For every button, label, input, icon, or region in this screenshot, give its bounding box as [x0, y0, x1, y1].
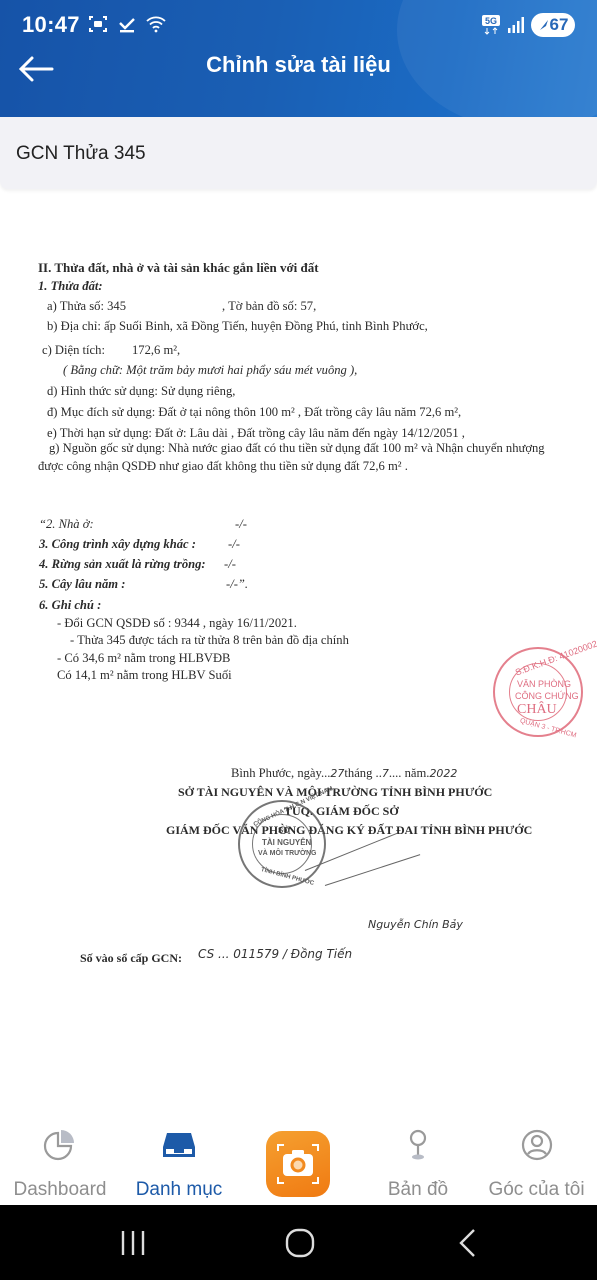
area-label: c) Diện tích:	[42, 343, 105, 358]
official-seal: CỘNG HÒA X.H.C.N VIỆT NAM SỞ TÀI NGUYÊN …	[238, 800, 326, 888]
bottom-navigation: Dashboard Danh mục Bản đồ Góc của	[0, 1105, 597, 1205]
section-title: II. Thửa đất, nhà ở và tài sản khác gắn …	[38, 260, 319, 276]
note-4: Có 14,1 m² nằm trong HLBV Suối	[57, 668, 232, 683]
nav-goc-cua-toi[interactable]: Góc của tôi	[476, 1105, 597, 1205]
wifi-icon	[146, 14, 166, 34]
usage-purpose: đ) Mục đích sử dụng: Đất ở tại nông thôn…	[47, 405, 461, 420]
house-value: -/-	[235, 517, 247, 532]
other-construction-label: 3. Công trình xây dựng khác :	[39, 537, 196, 552]
note-3: - Có 34,6 m² nằm trong HLBVĐB	[57, 651, 230, 666]
issuing-authority: SỞ TÀI NGUYÊN VÀ MÔI TRƯỜNG TỈNH BÌNH PH…	[178, 785, 492, 800]
signal-icon	[507, 16, 525, 34]
house-label: “2. Nhà ở:	[39, 517, 94, 532]
forest-label: 4. Rừng sản xuất là rừng trồng:	[39, 557, 206, 572]
perennial-label: 5. Cây lâu năm :	[39, 577, 125, 592]
nav-ban-do[interactable]: Bản đồ	[370, 1105, 466, 1205]
note-1: - Đổi GCN QSDĐ số : 9344 , ngày 16/11/20…	[57, 616, 297, 631]
signer-name: Nguyễn Chín Bảy	[368, 918, 463, 931]
page-title: Chỉnh sửa tài liệu	[0, 52, 597, 78]
pie-chart-icon	[42, 1127, 78, 1163]
user-circle-icon	[519, 1127, 555, 1163]
register-value: CS ... 011579 / Đồng Tiến	[198, 947, 352, 961]
map-pin-icon	[400, 1127, 436, 1163]
inbox-tray-icon	[161, 1127, 197, 1163]
5g-network-icon: 5G	[481, 14, 501, 36]
recent-apps-icon[interactable]	[113, 1225, 153, 1261]
subsection-land: 1. Thửa đất:	[38, 279, 103, 294]
battery-saver-icon	[538, 18, 550, 32]
nav-danh-muc[interactable]: Danh mục	[120, 1105, 238, 1205]
status-bar: 10:47 5G	[0, 8, 597, 44]
parcel-number: a) Thửa số: 345	[47, 299, 126, 314]
system-navigation-bar	[0, 1205, 597, 1280]
camera-scan-icon	[266, 1131, 330, 1197]
forest-value: -/-	[224, 557, 236, 572]
scanned-document-image: II. Thửa đất, nhà ở và tài sản khác gắn …	[0, 195, 597, 1105]
address: b) Địa chỉ: ấp Suối Binh, xã Đồng Tiến, …	[47, 319, 428, 334]
usage-origin-2: được công nhận QSDĐ như giao đất không t…	[38, 459, 408, 474]
office-title: GIÁM ĐỐC VĂN PHÒNG ĐĂNG KÝ ĐẤT ĐAI TỈNH …	[166, 823, 532, 838]
signature-stroke	[325, 854, 420, 886]
register-label: Số vào sổ cấp GCN:	[80, 951, 182, 966]
map-sheet-number: , Tờ bản đồ số: 57,	[222, 299, 316, 314]
document-name[interactable]: GCN Thửa 345	[16, 143, 146, 165]
nav-dashboard[interactable]: Dashboard	[0, 1105, 120, 1205]
camera-scan-button[interactable]	[266, 1131, 330, 1197]
usage-term: e) Thời hạn sử dụng: Đất ở: Lâu dài , Đấ…	[47, 426, 465, 441]
note-2: - Thửa 345 được tách ra từ thửa 8 trên b…	[70, 633, 349, 648]
app-bar: 10:47 5G	[0, 0, 597, 117]
screenshot-icon	[88, 14, 108, 34]
other-construction-value: -/-	[228, 537, 240, 552]
status-time: 10:47	[22, 12, 80, 38]
title-row: Chỉnh sửa tài liệu	[0, 48, 597, 88]
usage-origin-1: g) Nguồn gốc sử dụng: Nhà nước giao đất …	[49, 441, 545, 456]
back-icon[interactable]	[448, 1225, 488, 1261]
perennial-value: -/-”.	[226, 577, 248, 592]
area-in-words: ( Bằng chữ: Một trăm bảy mươi hai phẩy s…	[63, 363, 357, 378]
battery-indicator: 67	[531, 13, 575, 37]
home-icon[interactable]	[280, 1225, 320, 1261]
svg-text:5G: 5G	[485, 16, 497, 26]
download-done-icon	[117, 14, 137, 34]
area-value: 172,6 m²,	[132, 343, 180, 358]
usage-form: d) Hình thức sử dụng: Sử dụng riêng,	[47, 384, 235, 399]
document-name-bar[interactable]: GCN Thửa 345	[0, 117, 597, 189]
notes-title: 6. Ghi chú :	[39, 598, 101, 613]
place-date: Bình Phước, ngày...27tháng ..7.... năm.2…	[231, 766, 457, 781]
notary-stamp: S.Đ.K.H.Đ: 41020002 VĂN PHÒNG CÔNG CHỨNG…	[493, 647, 583, 737]
